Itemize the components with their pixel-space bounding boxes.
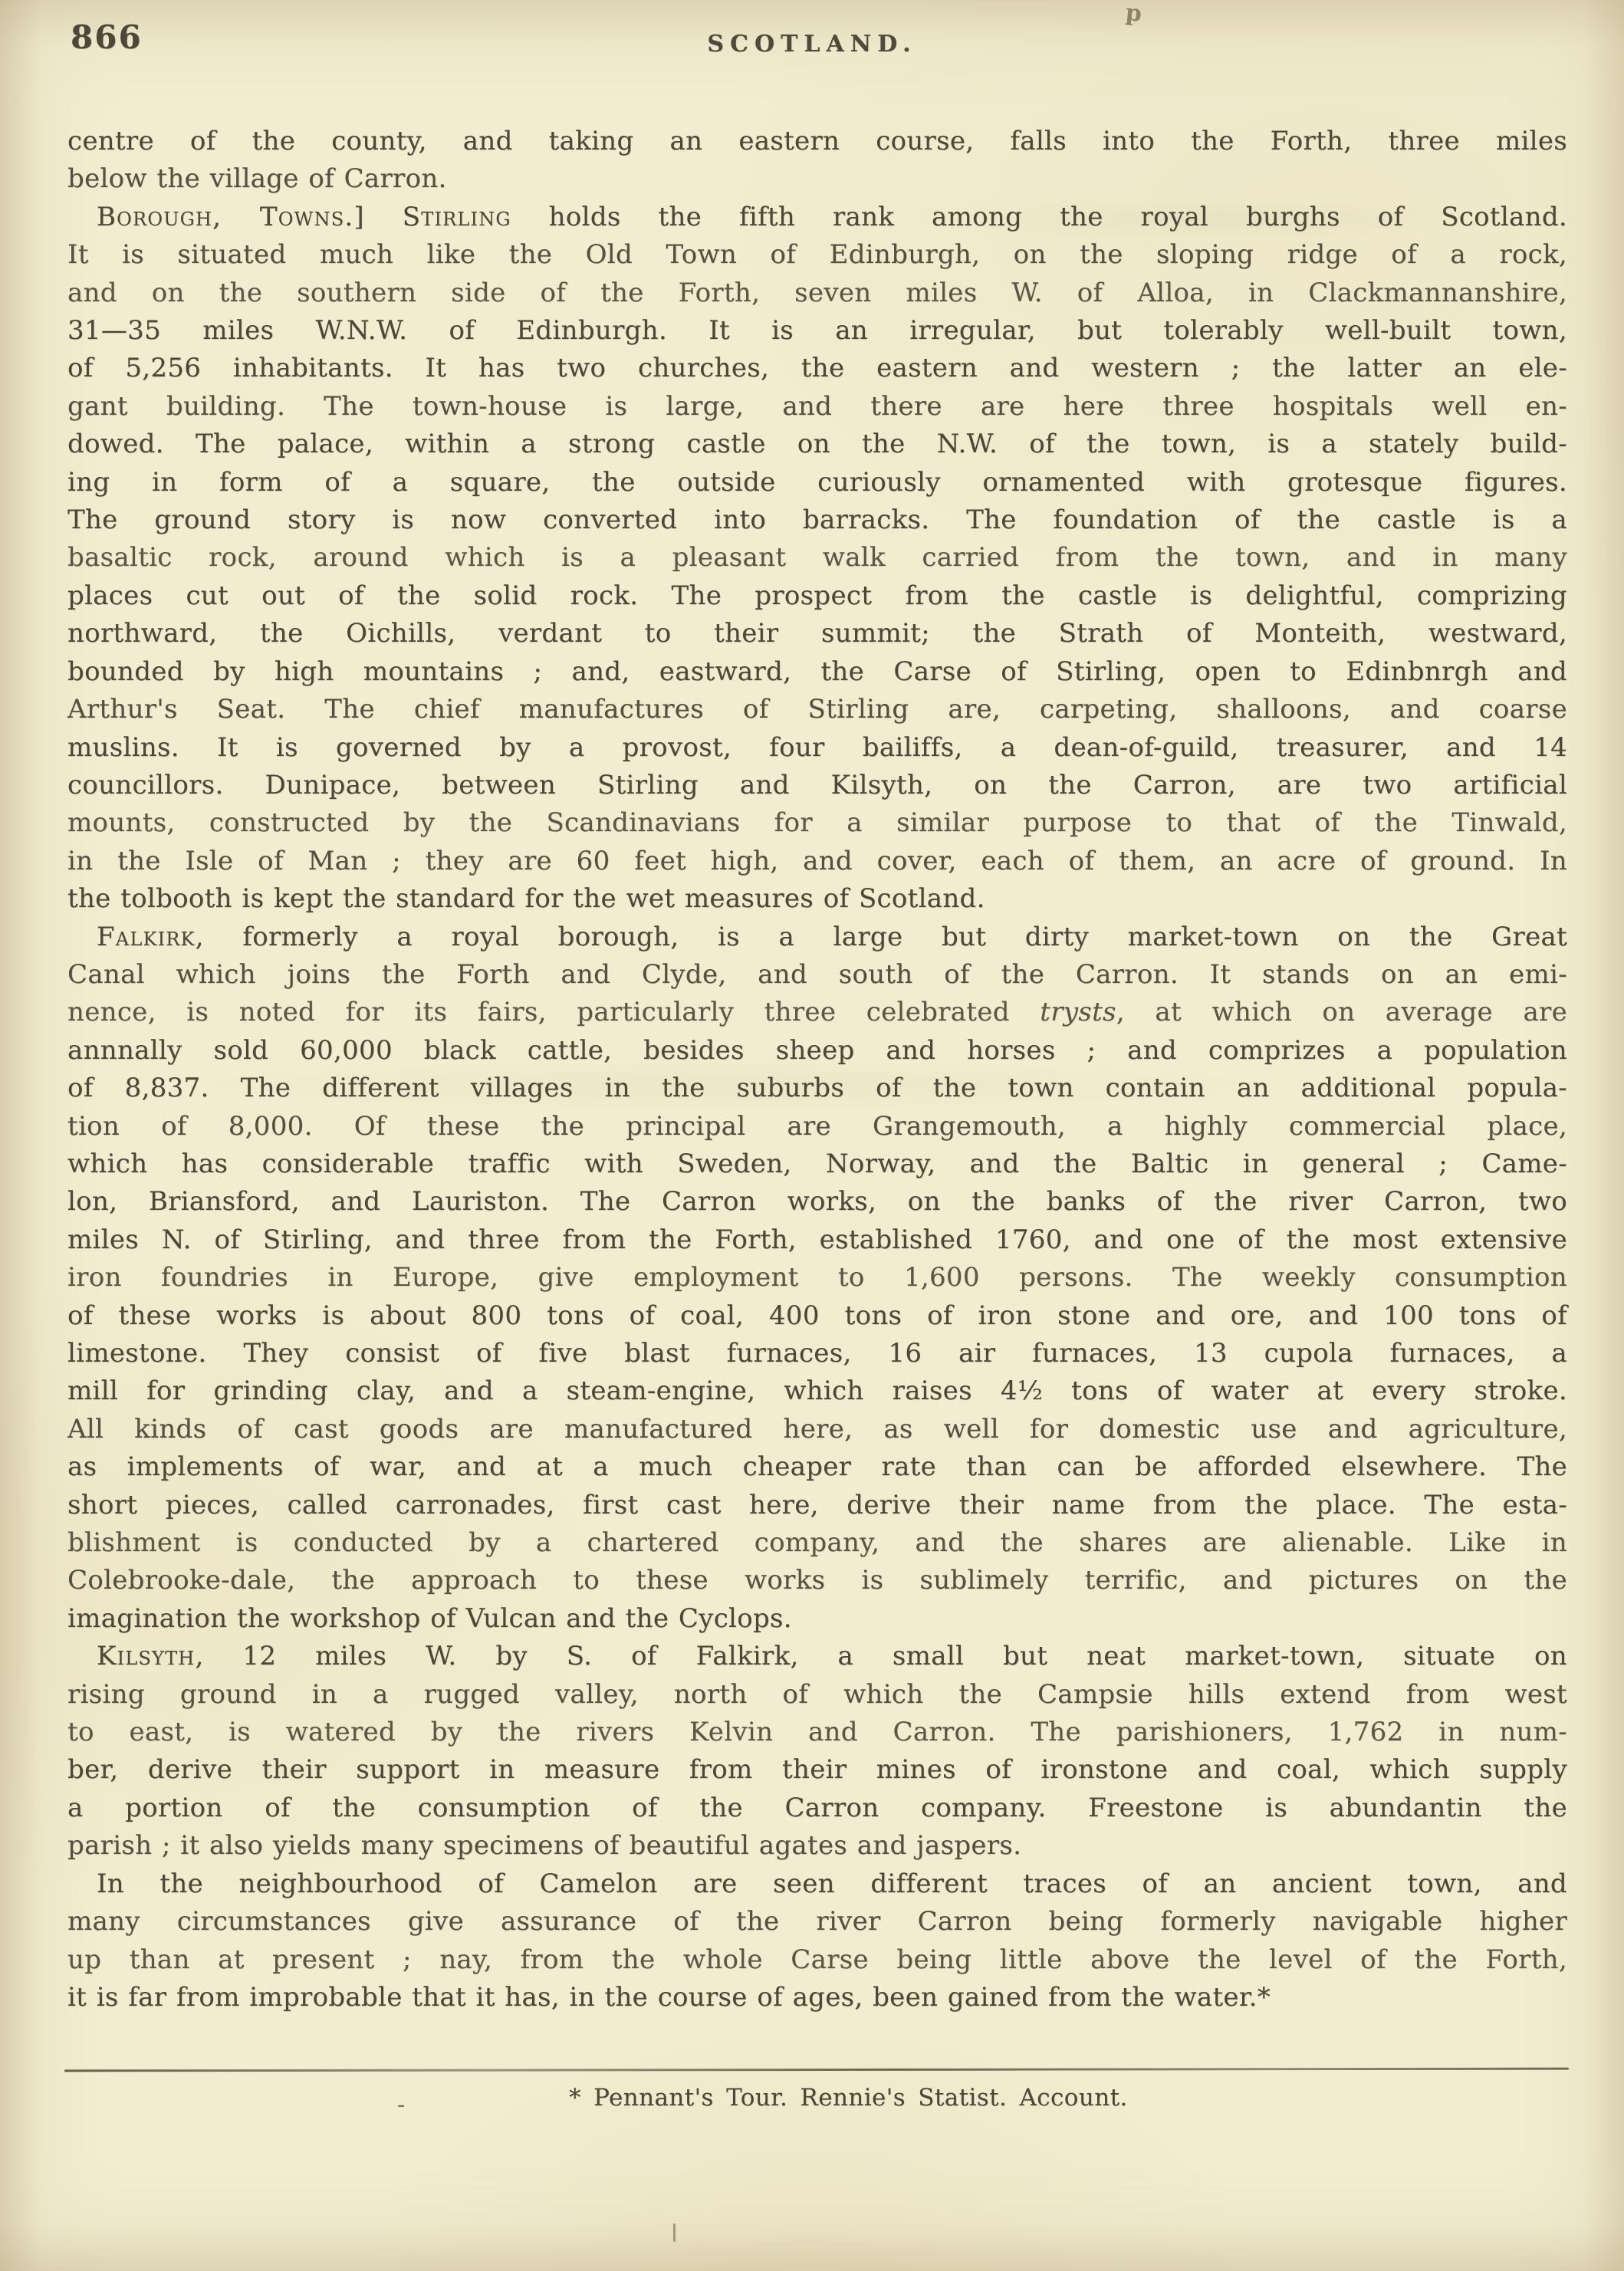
text-line: Kilsyth, 12 miles W. by S. of Falkirk, a…: [67, 1638, 1567, 1675]
text-line: Canal which joins the Forth and Clyde, a…: [67, 956, 1567, 994]
paragraph: Falkirk, formerly a royal borough, is a …: [67, 919, 1567, 1638]
text-segment: basaltic rock, around which is a pleasan…: [67, 542, 1567, 573]
text-line: muslins. It is governed by a provost, fo…: [67, 729, 1567, 767]
text-line: basaltic rock, around which is a pleasan…: [67, 539, 1567, 577]
text-line: centre of the county, and taking an east…: [67, 123, 1567, 160]
text-line: parish ; it also yields many specimens o…: [67, 1827, 1567, 1865]
text-line: northward, the Oichills, verdant to thei…: [67, 615, 1567, 652]
text-line: and on the southern side of the Forth, s…: [67, 274, 1567, 312]
text-line: of 8,837. The different villages in the …: [67, 1070, 1567, 1107]
text-segment: parish ; it also yields many specimens o…: [67, 1830, 1021, 1861]
text-segment: lon, Briansford, and Lauriston. The Carr…: [67, 1186, 1567, 1217]
running-title: SCOTLAND.: [0, 31, 1624, 58]
text-segment: of 8,837. The different villages in the …: [67, 1073, 1567, 1103]
text-segment: ing in form of a square, the outside cur…: [67, 467, 1567, 498]
text-segment: it is far from improbable that it has, i…: [67, 1982, 1271, 2013]
text-line: nence, is noted for its fairs, particula…: [67, 994, 1567, 1031]
text-line: lon, Briansford, and Lauriston. The Carr…: [67, 1183, 1567, 1221]
text-line: to east, is watered by the rivers Kelvin…: [67, 1714, 1567, 1751]
text-segment: , 12 miles W. by S. of Falkirk, a small …: [195, 1641, 1567, 1671]
text-line: blishment is conducted by a chartered co…: [67, 1524, 1567, 1562]
text-line: Borough, Towns.] Stirling holds the fift…: [67, 199, 1567, 236]
text-line: 31—35 miles W.N.W. of Edinburgh. It is a…: [67, 312, 1567, 350]
text-segment: mill for grinding clay, and a steam-engi…: [67, 1375, 1567, 1406]
text-segment: 31—35 miles W.N.W. of Edinburgh. It is a…: [67, 315, 1567, 346]
text-segment: Colebrooke-dale, the approach to these w…: [67, 1565, 1567, 1596]
scan-artifact-mark: p: [1124, 0, 1143, 28]
text-segment: annnally sold 60,000 black cattle, besid…: [67, 1035, 1567, 1066]
text-line: the tolbooth is kept the standard for th…: [67, 880, 1567, 918]
text-line: limestone. They consist of five blast fu…: [67, 1335, 1567, 1372]
text-segment: , formerly a royal borough, is a large b…: [196, 922, 1567, 952]
text-segment: iron foundries in Europe, give employmen…: [67, 1262, 1567, 1293]
text-segment: [365, 202, 403, 232]
text-line: in the Isle of Man ; they are 60 feet hi…: [67, 843, 1567, 880]
text-line: mounts, constructed by the Scandinavians…: [67, 804, 1567, 842]
footnote-dash-mark: -: [397, 2092, 405, 2118]
text-segment: limestone. They consist of five blast fu…: [67, 1338, 1567, 1369]
text-segment: which has considerable traffic with Swed…: [67, 1149, 1567, 1179]
text-line: Falkirk, formerly a royal borough, is a …: [67, 919, 1567, 956]
text-segment: miles N. of Stirling, and three from the…: [67, 1224, 1567, 1255]
text-segment: muslins. It is governed by a provost, fo…: [67, 732, 1567, 763]
text-segment: imagination the workshop of Vulcan and t…: [67, 1603, 792, 1634]
text-segment: and on the southern side of the Forth, s…: [67, 278, 1567, 308]
text-line: The ground story is now converted into b…: [67, 501, 1567, 539]
text-segment: centre of the county, and taking an east…: [67, 126, 1567, 156]
small-caps-text: Borough, Towns.]: [97, 202, 365, 232]
text-line: a portion of the consumption of the Carr…: [67, 1790, 1567, 1827]
text-segment: mounts, constructed by the Scandinavians…: [67, 807, 1567, 838]
text-segment: The ground story is now converted into b…: [67, 504, 1567, 535]
text-segment: In the neighbourhood of Camelon are seen…: [97, 1868, 1567, 1899]
text-segment: short pieces, called carronades, first c…: [67, 1490, 1567, 1520]
text-line: rising ground in a rugged valley, north …: [67, 1676, 1567, 1714]
text-segment: rising ground in a rugged valley, north …: [67, 1679, 1567, 1710]
text-segment: to east, is watered by the rivers Kelvin…: [67, 1717, 1567, 1747]
text-segment: holds the fifth rank among the royal bur…: [511, 202, 1567, 232]
text-line: as implements of war, and at a much chea…: [67, 1448, 1567, 1486]
text-line: miles N. of Stirling, and three from the…: [67, 1221, 1567, 1259]
text-segment: as implements of war, and at a much chea…: [67, 1451, 1567, 1482]
text-segment: many circumstances give assurance of the…: [67, 1906, 1567, 1937]
text-line: it is far from improbable that it has, i…: [67, 1979, 1567, 2016]
text-line: of 5,256 inhabitants. It has two churche…: [67, 350, 1567, 387]
book-page-scan: { "page": { "number": "866", "header_tit…: [0, 0, 1624, 2271]
footnote-rule: [64, 2068, 1569, 2072]
text-segment: below the village of Carron.: [67, 163, 447, 194]
text-segment: places cut out of the solid rock. The pr…: [67, 580, 1567, 611]
text-segment: of these works is about 800 tons of coal…: [67, 1300, 1567, 1331]
text-segment: tion of 8,000. Of these the principal ar…: [67, 1111, 1567, 1142]
text-line: All kinds of cast goods are manufactured…: [67, 1411, 1567, 1448]
text-segment: the tolbooth is kept the standard for th…: [67, 883, 985, 914]
text-line: ber, derive their support in measure fro…: [67, 1751, 1567, 1789]
text-segment: northward, the Oichills, verdant to thei…: [67, 618, 1567, 649]
text-line: below the village of Carron.: [67, 160, 1567, 198]
text-line: Arthur's Seat. The chief manufactures of…: [67, 691, 1567, 728]
text-line: imagination the workshop of Vulcan and t…: [67, 1600, 1567, 1638]
text-line: It is situated much like the Old Town of…: [67, 236, 1567, 274]
text-segment: Canal which joins the Forth and Clyde, a…: [67, 959, 1567, 990]
text-line: iron foundries in Europe, give employmen…: [67, 1259, 1567, 1297]
small-caps-text: Kilsyth: [97, 1641, 195, 1671]
text-line: short pieces, called carronades, first c…: [67, 1487, 1567, 1524]
text-line: dowed. The palace, within a strong castl…: [67, 426, 1567, 463]
small-caps-text: Falkirk: [97, 922, 196, 952]
text-line: many circumstances give assurance of the…: [67, 1903, 1567, 1941]
text-segment: Arthur's Seat. The chief manufactures of…: [67, 694, 1567, 725]
text-segment: in the Isle of Man ; they are 60 feet hi…: [67, 846, 1567, 876]
text-line: mill for grinding clay, and a steam-engi…: [67, 1372, 1567, 1410]
text-line: annnally sold 60,000 black cattle, besid…: [67, 1032, 1567, 1070]
text-line: In the neighbourhood of Camelon are seen…: [67, 1865, 1567, 1903]
text-segment: It is situated much like the Old Town of…: [67, 239, 1567, 270]
paragraph: In the neighbourhood of Camelon are seen…: [67, 1865, 1567, 2017]
text-segment: gant building. The town-house is large, …: [67, 391, 1567, 422]
text-line: places cut out of the solid rock. The pr…: [67, 577, 1567, 615]
text-line: Colebrooke-dale, the approach to these w…: [67, 1562, 1567, 1599]
text-segment: of 5,256 inhabitants. It has two churche…: [67, 353, 1567, 383]
text-segment: dowed. The palace, within a strong castl…: [67, 429, 1567, 459]
text-block: centre of the county, and taking an east…: [67, 123, 1567, 2016]
italic-text: trysts: [1040, 997, 1116, 1027]
text-segment: , at which on average are: [1116, 997, 1567, 1027]
page-header: 866 SCOTLAND.: [0, 0, 1624, 84]
text-line: councillors. Dunipace, between Stirling …: [67, 767, 1567, 804]
paragraph: Kilsyth, 12 miles W. by S. of Falkirk, a…: [67, 1638, 1567, 1865]
paragraph: Borough, Towns.] Stirling holds the fift…: [67, 199, 1567, 919]
text-line: tion of 8,000. Of these the principal ar…: [67, 1108, 1567, 1145]
scan-tick-mark: [673, 2223, 676, 2242]
text-segment: councillors. Dunipace, between Stirling …: [67, 770, 1567, 800]
text-segment: nence, is noted for its fairs, particula…: [67, 997, 1040, 1027]
text-segment: up than at present ; nay, from the whole…: [67, 1944, 1567, 1975]
text-line: which has considerable traffic with Swed…: [67, 1145, 1567, 1183]
text-segment: All kinds of cast goods are manufactured…: [67, 1414, 1567, 1444]
text-line: of these works is about 800 tons of coal…: [67, 1297, 1567, 1335]
text-segment: bounded by high mountains ; and, eastwar…: [67, 656, 1567, 687]
paragraph: centre of the county, and taking an east…: [67, 123, 1567, 199]
text-line: bounded by high mountains ; and, eastwar…: [67, 653, 1567, 691]
text-segment: ber, derive their support in measure fro…: [67, 1754, 1567, 1785]
small-caps-text: Stirling: [403, 202, 511, 232]
text-segment: a portion of the consumption of the Carr…: [67, 1793, 1567, 1823]
text-line: gant building. The town-house is large, …: [67, 388, 1567, 426]
text-line: ing in form of a square, the outside cur…: [67, 464, 1567, 501]
text-segment: blishment is conducted by a chartered co…: [67, 1527, 1567, 1558]
text-line: up than at present ; nay, from the whole…: [67, 1941, 1567, 1979]
footnote-text: * Pennant's Tour. Rennie's Statist. Acco…: [569, 2084, 1128, 2112]
